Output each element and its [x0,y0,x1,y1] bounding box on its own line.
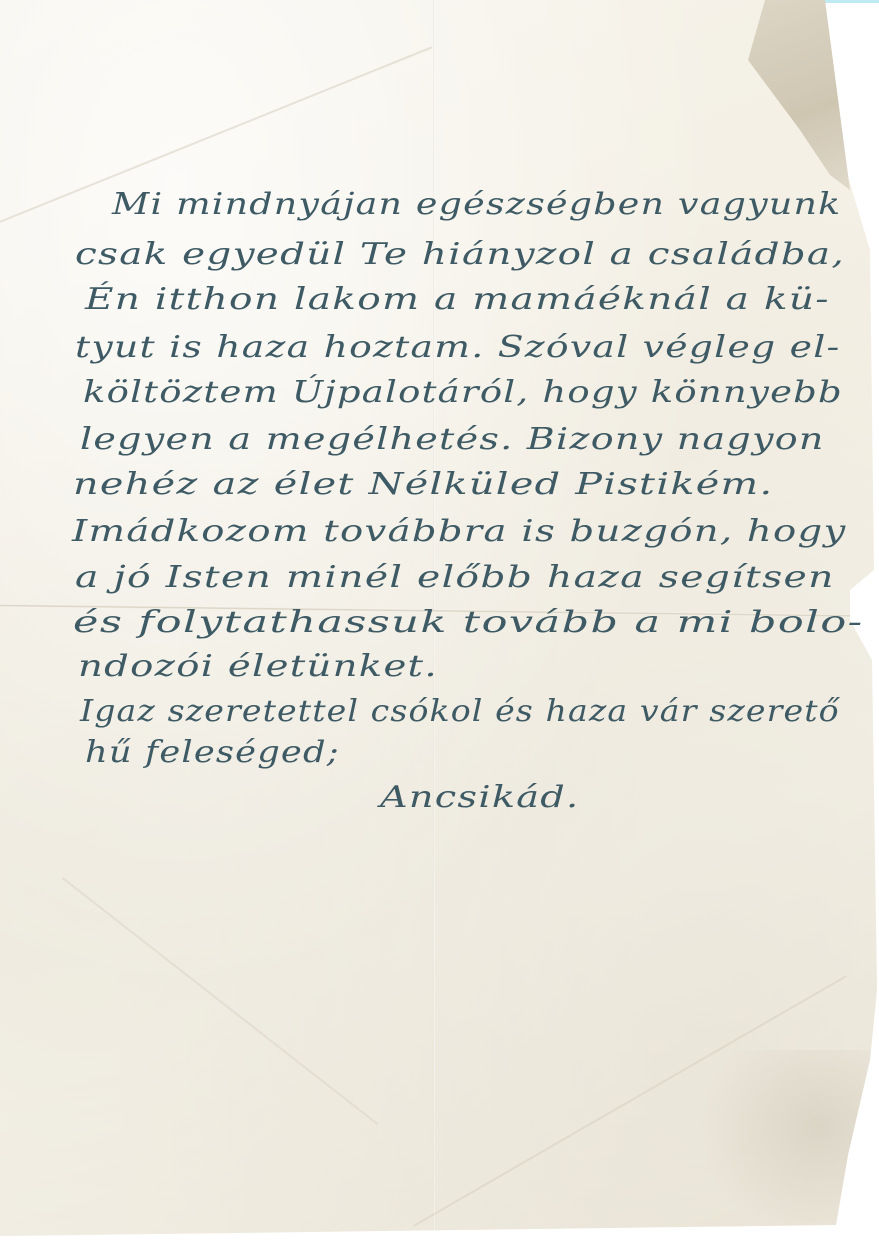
letter-line: Igaz szeretettel csókol és haza vár szer… [80,697,840,727]
letter-body: Mi mindnyájan egészségben vagyunk csak e… [0,0,879,1240]
letter-line: legyen a megélhetés. Bizony nagyon [80,425,825,455]
letter-line: Mi mindnyájan egészségben vagyunk [112,190,841,220]
signature: Ancsikád. [380,783,579,813]
letter-line: hű feleséged; [85,738,340,768]
letter-line: Én itthon lakom a mamáéknál a kü- [85,285,830,315]
letter-line: a jó Isten minél előbb haza segítsen [75,563,835,593]
letter-line: Imádkozom továbbra is buzgón, hogy [72,517,847,547]
letter-line: nehéz az élet Nélküled Pistikém. [73,470,773,500]
letter-line: ndozói életünket. [78,652,438,682]
letter-line: csak egyedül Te hiányzol a családba, [75,240,845,270]
letter-line: költöztem Újpalotáról, hogy könnyebb [83,378,843,408]
letter-line: és folytathassuk tovább a mi bolo- [73,608,864,638]
letter-line: tyut is haza hoztam. Szóval végleg el- [75,333,841,363]
